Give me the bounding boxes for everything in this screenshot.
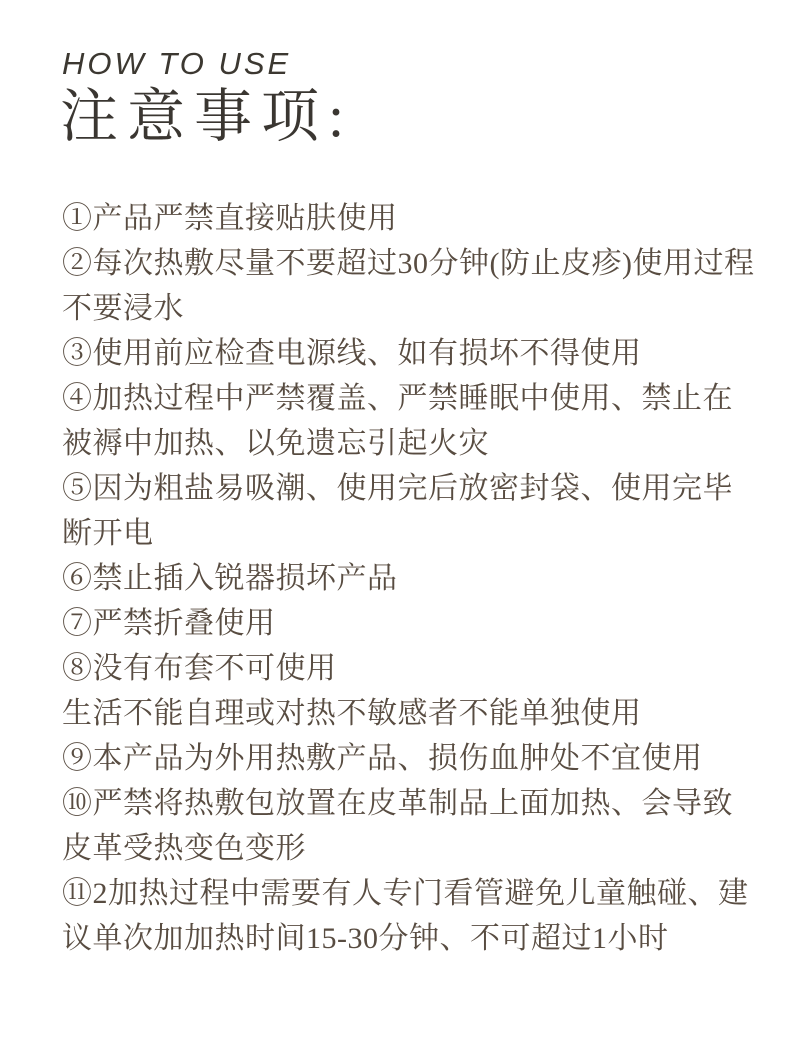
instructions-page: HOW TO USE 注意事项: ①产品严禁直接贴肤使用②每次热敷尽量不要超过3…: [0, 0, 790, 1056]
instruction-item: 生活不能自理或对热不敏感者不能单独使用: [62, 691, 756, 736]
instruction-item: ⑥禁止插入锐器损坏产品: [62, 556, 756, 601]
instruction-item: ⑩严禁将热敷包放置在皮革制品上面加热、会导致皮革受热变色变形: [62, 781, 756, 871]
instruction-item: ③使用前应检查电源线、如有损坏不得使用: [62, 331, 756, 376]
page-title: 注意事项:: [60, 84, 754, 150]
instruction-item: ⑧没有布套不可使用: [62, 646, 756, 691]
instruction-item: ⑨本产品为外用热敷产品、损伤血肿处不宜使用: [62, 736, 756, 781]
instruction-item: ⑦严禁折叠使用: [62, 601, 756, 646]
eyebrow-how-to-use: HOW TO USE: [62, 46, 754, 82]
instructions-list: ①产品严禁直接贴肤使用②每次热敷尽量不要超过30分钟(防止皮疹)使用过程不要浸水…: [62, 196, 756, 961]
instruction-item: ④加热过程中严禁覆盖、严禁睡眠中使用、禁止在被褥中加热、以免遗忘引起火灾: [62, 376, 756, 466]
instruction-item: ⑤因为粗盐易吸潮、使用完后放密封袋、使用完毕断开电: [62, 466, 756, 556]
instruction-item: ①产品严禁直接贴肤使用: [62, 196, 756, 241]
instruction-item: ⑪2加热过程中需要有人专门看管避免儿童触碰、建议单次加加热时间15-30分钟、不…: [62, 871, 756, 961]
instruction-item: ②每次热敷尽量不要超过30分钟(防止皮疹)使用过程不要浸水: [62, 241, 756, 331]
